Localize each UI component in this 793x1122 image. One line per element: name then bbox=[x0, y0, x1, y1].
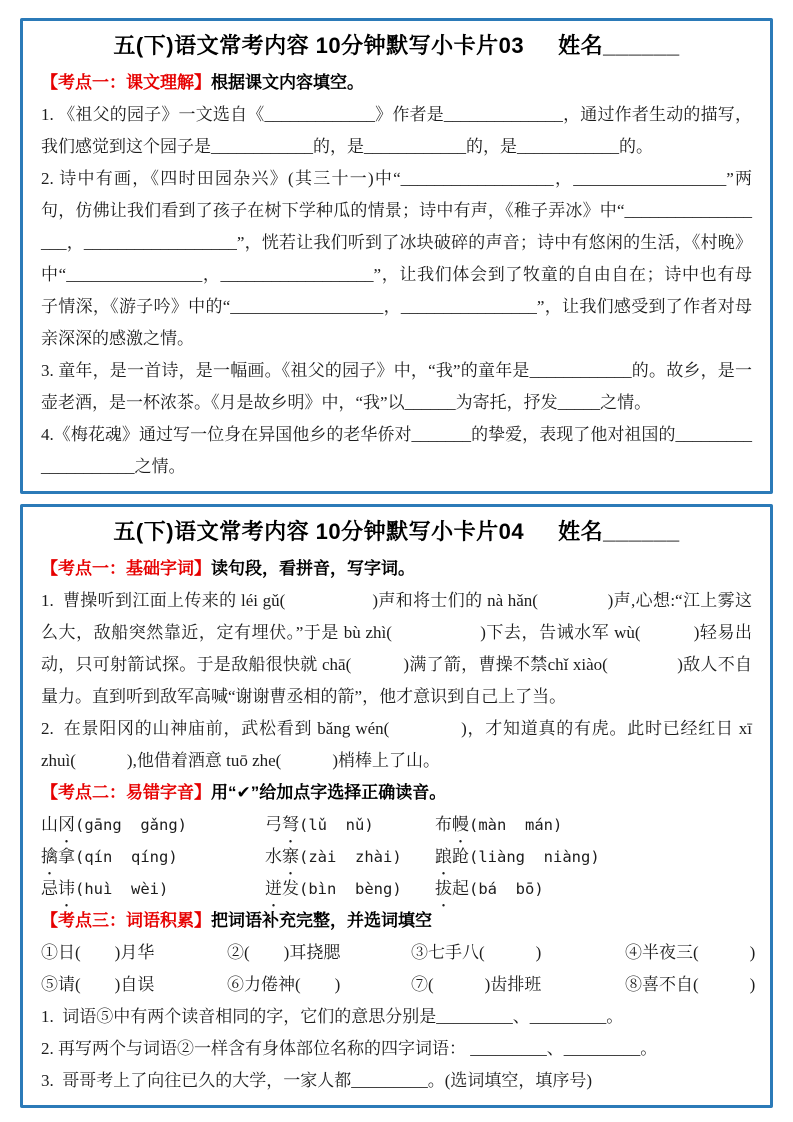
idiom-grid: ①日( )月华 ②( )耳挠腮 ③七手八( ) ④半夜三( ) ⑤请( )自误 … bbox=[41, 937, 752, 1001]
card-04-subquestion-1: 1. 词语⑤中有两个读音相同的字，它们的意思分别是_________、_____… bbox=[41, 1001, 752, 1033]
pronunciation-item: 踉跄(liàng niàng) bbox=[435, 841, 752, 873]
dotted-char: 擒 bbox=[41, 841, 58, 873]
card-04-section-3-tag: 【考点三：词语积累】 bbox=[41, 911, 211, 930]
pinyin-options: (gāng gǎng) bbox=[75, 816, 187, 834]
pronunciation-grid: 山冈(gāng gǎng) 弓弩(lǔ nǔ) 布幔(màn mán) 擒拿(q… bbox=[41, 809, 752, 905]
card-03-section-1-tag: 【考点一：课文理解】 bbox=[41, 73, 211, 92]
idiom-item: ⑦( )齿排班 bbox=[411, 969, 625, 1001]
dotted-char: 讳 bbox=[58, 873, 75, 905]
idiom-item: ①日( )月华 bbox=[41, 937, 227, 969]
card-04-name-blank: 姓名______ bbox=[558, 519, 679, 544]
card-04-section-2-heading: 【考点二：易错字音】用“✔”给加点字选择正确读音。 bbox=[41, 777, 752, 809]
card-03-name-blank: 姓名______ bbox=[558, 33, 679, 58]
word-char: 起 bbox=[452, 879, 469, 898]
pronunciation-item: 忌讳(huì wèi) bbox=[41, 873, 265, 905]
word-char: 拿 bbox=[58, 847, 75, 866]
word-char: 弓 bbox=[265, 815, 282, 834]
card-04-section-1-heading: 【考点一：基础字词】读句段，看拼音，写字词。 bbox=[41, 553, 752, 585]
card-04-subquestion-2: 2. 再写两个与词语②一样含有身体部位名称的四字词语： _________、__… bbox=[41, 1033, 752, 1065]
pronunciation-item: 弓弩(lǔ nǔ) bbox=[265, 809, 435, 841]
pronunciation-item: 山冈(gāng gǎng) bbox=[41, 809, 265, 841]
idiom-item: ⑧喜不自( ) bbox=[625, 969, 755, 1001]
pinyin-options: (lǔ nǔ) bbox=[299, 816, 374, 834]
card-04-section-2-instruction: 用“✔”给加点字选择正确读音。 bbox=[211, 783, 446, 802]
card-03-title-text: 五(下)语文常考内容 10分钟默写小卡片03 bbox=[113, 33, 524, 58]
pinyin-options: (liàng niàng) bbox=[469, 848, 600, 866]
pronunciation-item: 拔起(bá bō) bbox=[435, 873, 752, 905]
pronunciation-item: 布幔(màn mán) bbox=[435, 809, 752, 841]
card-04-section-3-instruction: 把词语补充完整，并选词填空 bbox=[211, 911, 432, 930]
dotted-char: 弩 bbox=[282, 809, 299, 841]
pinyin-options: (màn mán) bbox=[469, 816, 562, 834]
card-04-pinyin-question-1: 1. 曹操听到江面上传来的 léi gǔ( )声和将士们的 nà hǎn( )声… bbox=[41, 585, 752, 713]
word-char: 发 bbox=[282, 879, 299, 898]
card-04-section-2-tag: 【考点二：易错字音】 bbox=[41, 783, 211, 802]
pinyin-options: (huì wèi) bbox=[75, 880, 168, 898]
card-04-subquestion-3: 3. 哥哥考上了向往已久的大学，一家人都_________。(选词填空，填序号) bbox=[41, 1065, 752, 1097]
card-04-section-1-instruction: 读句段，看拼音，写字词。 bbox=[211, 559, 415, 578]
word-char: 忌 bbox=[41, 879, 58, 898]
pronunciation-item: 水寨(zài zhài) bbox=[265, 841, 435, 873]
word-char: 布 bbox=[435, 815, 452, 834]
card-03-section-1-instruction: 根据课文内容填空。 bbox=[211, 73, 364, 92]
card-04-section-1-tag: 【考点一：基础字词】 bbox=[41, 559, 211, 578]
card-03: 五(下)语文常考内容 10分钟默写小卡片03姓名______ 【考点一：课文理解… bbox=[20, 18, 773, 494]
card-04-title-text: 五(下)语文常考内容 10分钟默写小卡片04 bbox=[113, 519, 524, 544]
card-03-question-3: 3. 童年，是一首诗，是一幅画。《祖父的园子》中，“我”的童年是________… bbox=[41, 355, 752, 419]
idiom-item: ⑤请( )自误 bbox=[41, 969, 227, 1001]
dotted-char: 寨 bbox=[282, 841, 299, 873]
dotted-char: 迸 bbox=[265, 873, 282, 905]
card-04-title: 五(下)语文常考内容 10分钟默写小卡片04姓名______ bbox=[41, 515, 752, 549]
idiom-item: ③七手八( ) bbox=[411, 937, 625, 969]
word-char: 山 bbox=[41, 815, 58, 834]
card-04-section-3-heading: 【考点三：词语积累】把词语补充完整，并选词填空 bbox=[41, 905, 752, 937]
idiom-item: ④半夜三( ) bbox=[625, 937, 755, 969]
card-04-pinyin-question-2: 2. 在景阳冈的山神庙前，武松看到 bǎng wén( )，才知道真的有虎。此时… bbox=[41, 713, 752, 777]
idiom-item: ②( )耳挠腮 bbox=[227, 937, 411, 969]
card-03-question-2: 2. 诗中有画，《四时田园杂兴》(其三十一)中“________________… bbox=[41, 163, 752, 355]
idiom-item: ⑥力倦神( ) bbox=[227, 969, 411, 1001]
card-03-question-4: 4.《梅花魂》通过写一位身在异国他乡的老华侨对_______的挚爱，表现了他对祖… bbox=[41, 419, 752, 483]
pinyin-options: (qín qíng) bbox=[75, 848, 178, 866]
worksheet-page: 五(下)语文常考内容 10分钟默写小卡片03姓名______ 【考点一：课文理解… bbox=[0, 0, 793, 1122]
card-03-section-1-heading: 【考点一：课文理解】根据课文内容填空。 bbox=[41, 67, 752, 99]
word-char: 水 bbox=[265, 847, 282, 866]
pronunciation-item: 擒拿(qín qíng) bbox=[41, 841, 265, 873]
dotted-char: 拔 bbox=[435, 873, 452, 905]
dotted-char: 冈 bbox=[58, 809, 75, 841]
dotted-char: 幔 bbox=[452, 809, 469, 841]
card-03-question-1: 1. 《祖父的园子》一文选自《_____________》作者是________… bbox=[41, 99, 752, 163]
card-03-title: 五(下)语文常考内容 10分钟默写小卡片03姓名______ bbox=[41, 29, 752, 63]
word-char: 跄 bbox=[452, 847, 469, 866]
card-04: 五(下)语文常考内容 10分钟默写小卡片04姓名______ 【考点一：基础字词… bbox=[20, 504, 773, 1108]
pinyin-options: (zài zhài) bbox=[299, 848, 402, 866]
dotted-char: 踉 bbox=[435, 841, 452, 873]
pinyin-options: (bìn bèng) bbox=[299, 880, 402, 898]
pinyin-options: (bá bō) bbox=[469, 880, 544, 898]
